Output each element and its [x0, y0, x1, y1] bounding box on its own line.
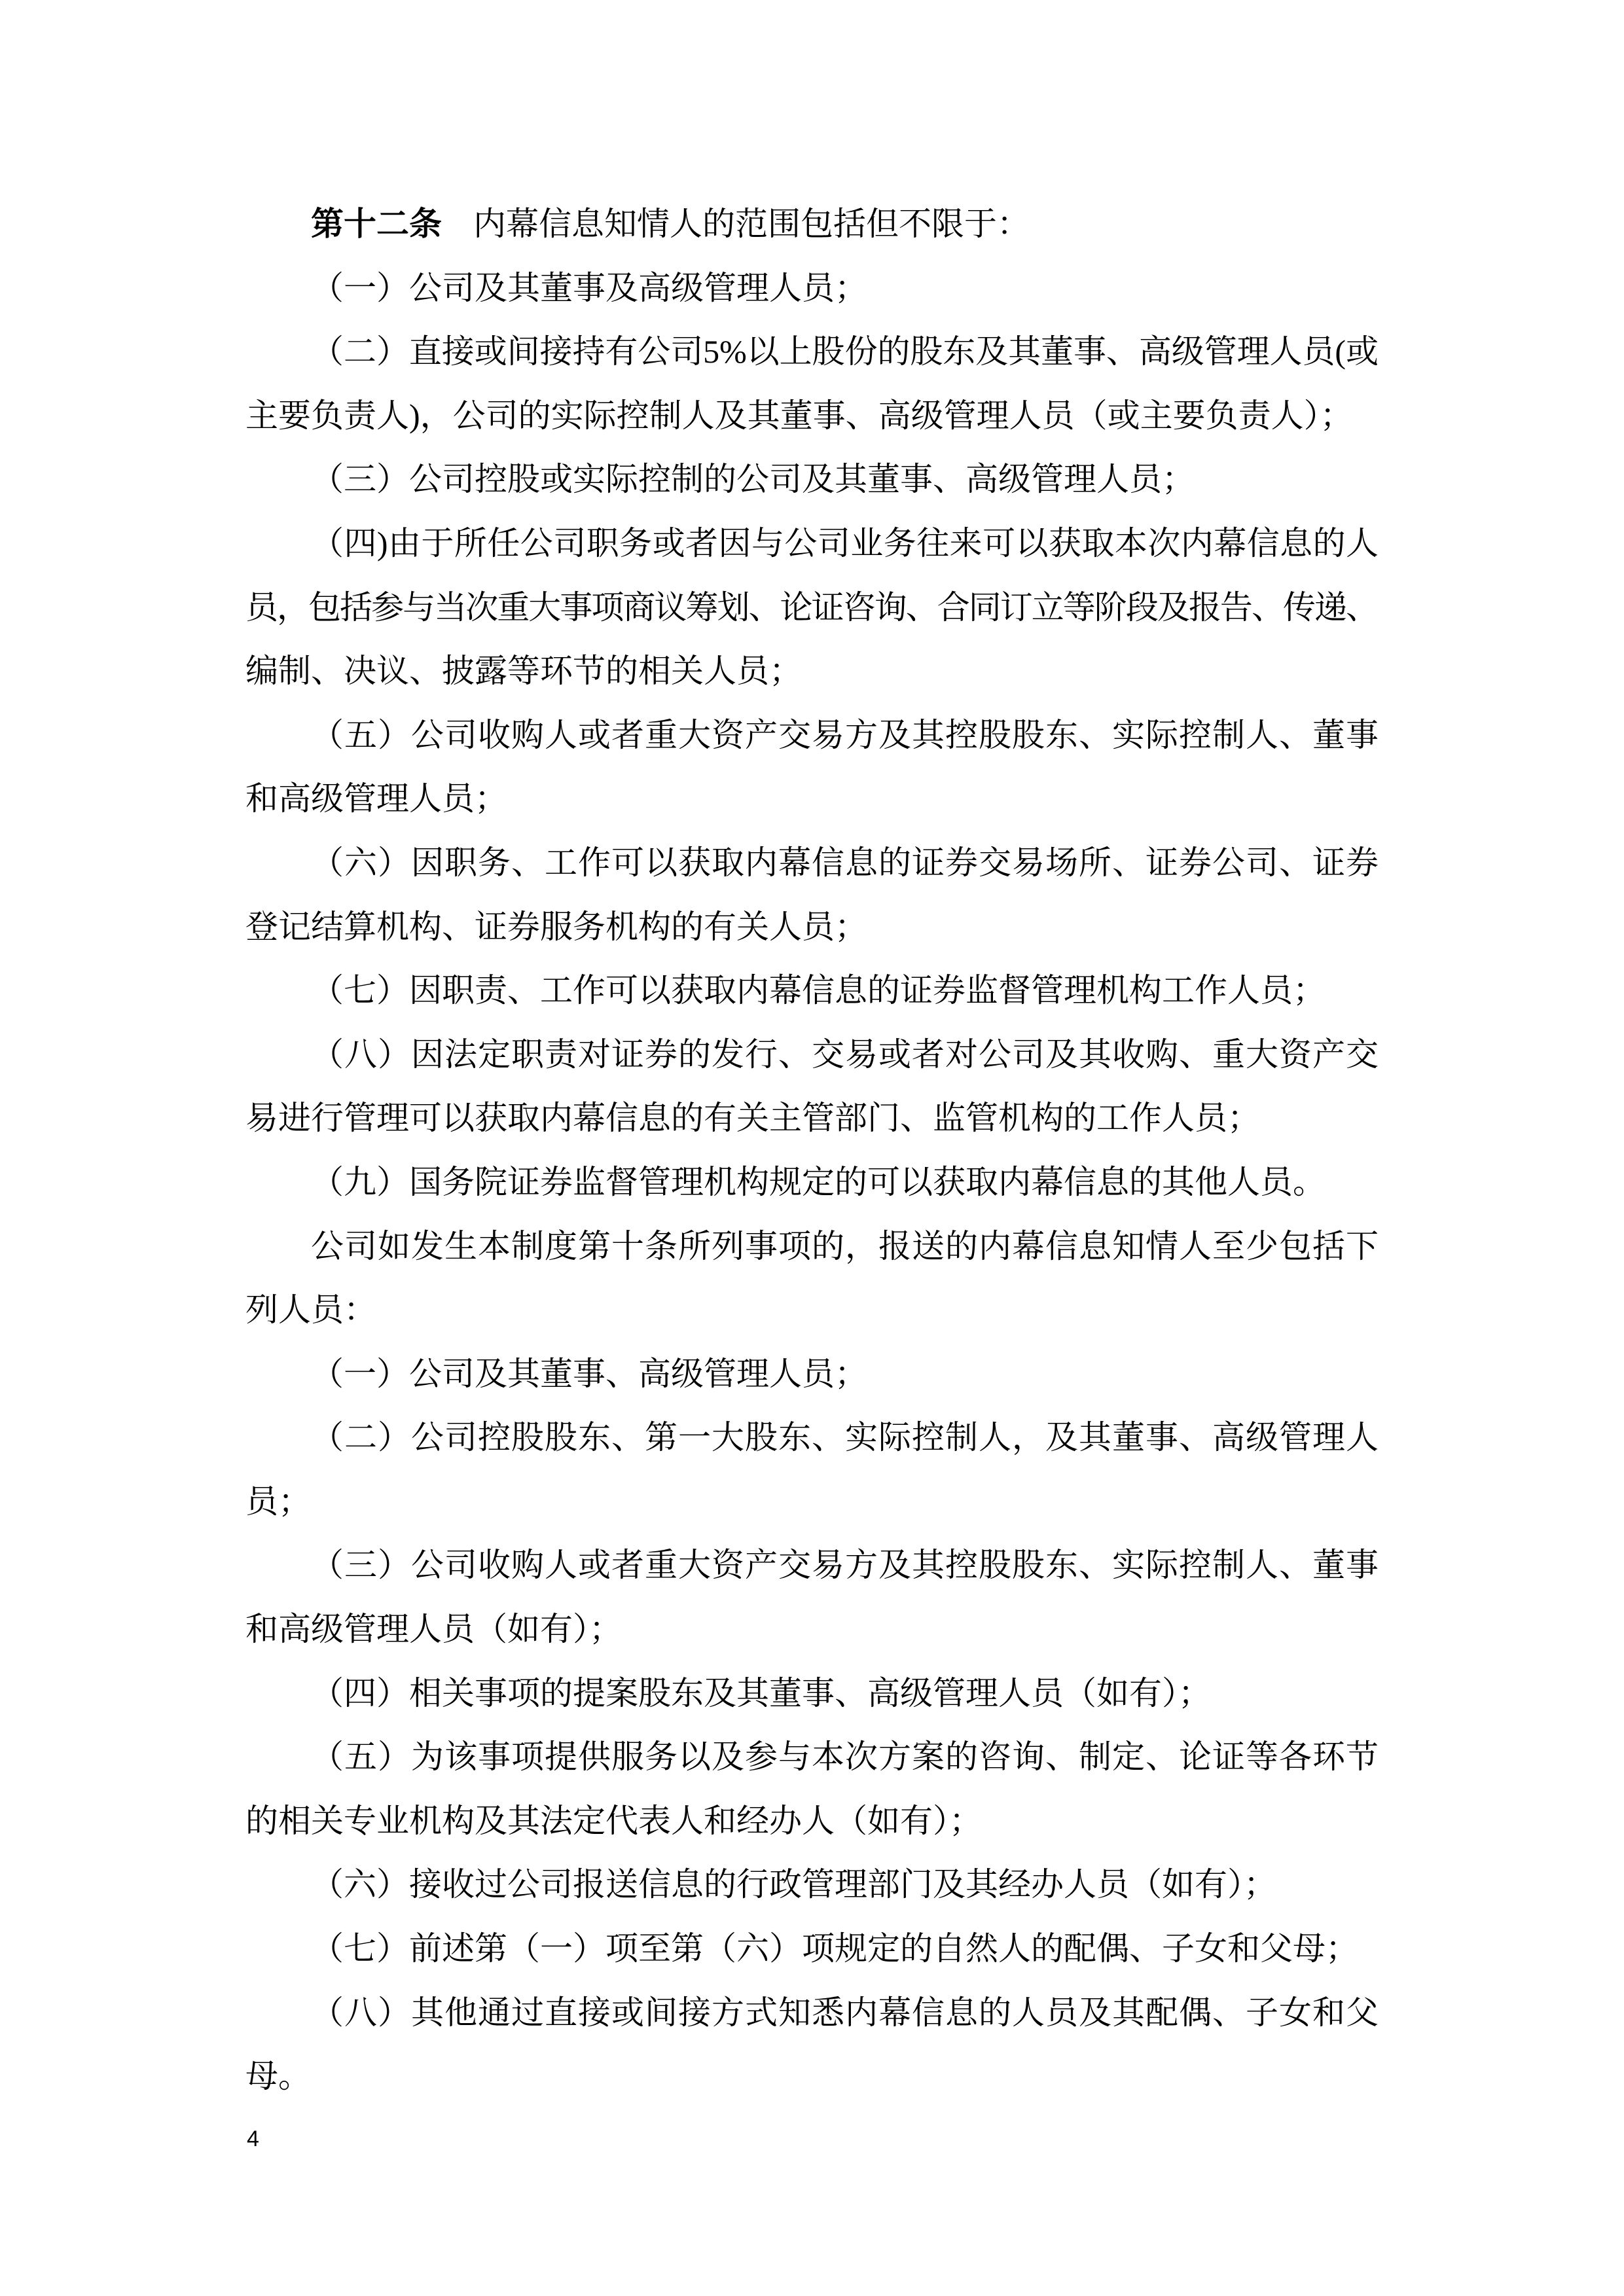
text-line: （六）因职务、工作可以获取内幕信息的证券交易场所、证券公司、证券 — [245, 831, 1379, 895]
text-line: （四)由于所任公司职务或者因与公司业务往来可以获取本次内幕信息的人 — [245, 512, 1379, 576]
heading-text: 内幕信息知情人的范围包括但不限于： — [473, 206, 1030, 242]
text-line: 登记结算机构、证券服务机构的有关人员； — [245, 895, 1379, 960]
text-line: （八）因法定职责对证券的发行、交易或者对公司及其收购、重大资产交 — [245, 1023, 1379, 1087]
text-line: （二）直接或间接持有公司5%以上股份的股东及其董事、高级管理人员(或 — [245, 320, 1379, 384]
document-body: 第十二条内幕信息知情人的范围包括但不限于：（一）公司及其董事及高级管理人员；（二… — [245, 192, 1379, 2109]
text-line: （一）公司及其董事、高级管理人员； — [245, 1342, 1379, 1407]
text-line: （五）公司收购人或者重大资产交易方及其控股股东、实际控制人、董事 — [245, 704, 1379, 768]
text-line: 的相关专业机构及其法定代表人和经办人（如有）； — [245, 1789, 1379, 1854]
text-line: 列人员： — [245, 1278, 1379, 1342]
text-line: （七）因职责、工作可以获取内幕信息的证券监督管理机构工作人员； — [245, 959, 1379, 1023]
text-line: 公司如发生本制度第十条所列事项的，报送的内幕信息知情人至少包括下 — [245, 1215, 1379, 1279]
text-line: （六）接收过公司报送信息的行政管理部门及其经办人员（如有）； — [245, 1853, 1379, 1917]
text-line: 编制、决议、披露等环节的相关人员； — [245, 639, 1379, 704]
text-line: （五）为该事项提供服务以及参与本次方案的咨询、制定、论证等各环节 — [245, 1725, 1379, 1789]
text-line: 和高级管理人员（如有）； — [245, 1598, 1379, 1662]
text-line: （九）国务院证券监督管理机构规定的可以获取内幕信息的其他人员。 — [245, 1151, 1379, 1215]
document-page: 第十二条内幕信息知情人的范围包括但不限于：（一）公司及其董事及高级管理人员；（二… — [0, 0, 1624, 2296]
text-line: （七）前述第（一）项至第（六）项规定的自然人的配偶、子女和父母； — [245, 1917, 1379, 1981]
text-line: 母。 — [245, 2045, 1379, 2109]
text-line: 主要负责人)，公司的实际控制人及其董事、高级管理人员（或主要负责人）； — [245, 384, 1379, 448]
article-number: 第十二条 — [311, 206, 442, 242]
text-line: （八）其他通过直接或间接方式知悉内幕信息的人员及其配偶、子女和父 — [245, 1981, 1379, 2045]
text-line: （一）公司及其董事及高级管理人员； — [245, 257, 1379, 321]
text-line: （四）相关事项的提案股东及其董事、高级管理人员（如有）； — [245, 1662, 1379, 1726]
text-line: 员； — [245, 1470, 1379, 1534]
text-line: 员，包括参与当次重大事项商议筹划、论证咨询、合同订立等阶段及报告、传递、 — [245, 576, 1379, 640]
text-line: （三）公司控股或实际控制的公司及其董事、高级管理人员； — [245, 448, 1379, 512]
text-line: 和高级管理人员； — [245, 767, 1379, 831]
page-number: 4 — [247, 2126, 259, 2152]
text-line: 易进行管理可以获取内幕信息的有关主管部门、监管机构的工作人员； — [245, 1086, 1379, 1151]
text-line: （二）公司控股股东、第一大股东、实际控制人，及其董事、高级管理人 — [245, 1406, 1379, 1470]
text-line: （三）公司收购人或者重大资产交易方及其控股股东、实际控制人、董事 — [245, 1534, 1379, 1598]
heading-line: 第十二条内幕信息知情人的范围包括但不限于： — [245, 192, 1379, 257]
